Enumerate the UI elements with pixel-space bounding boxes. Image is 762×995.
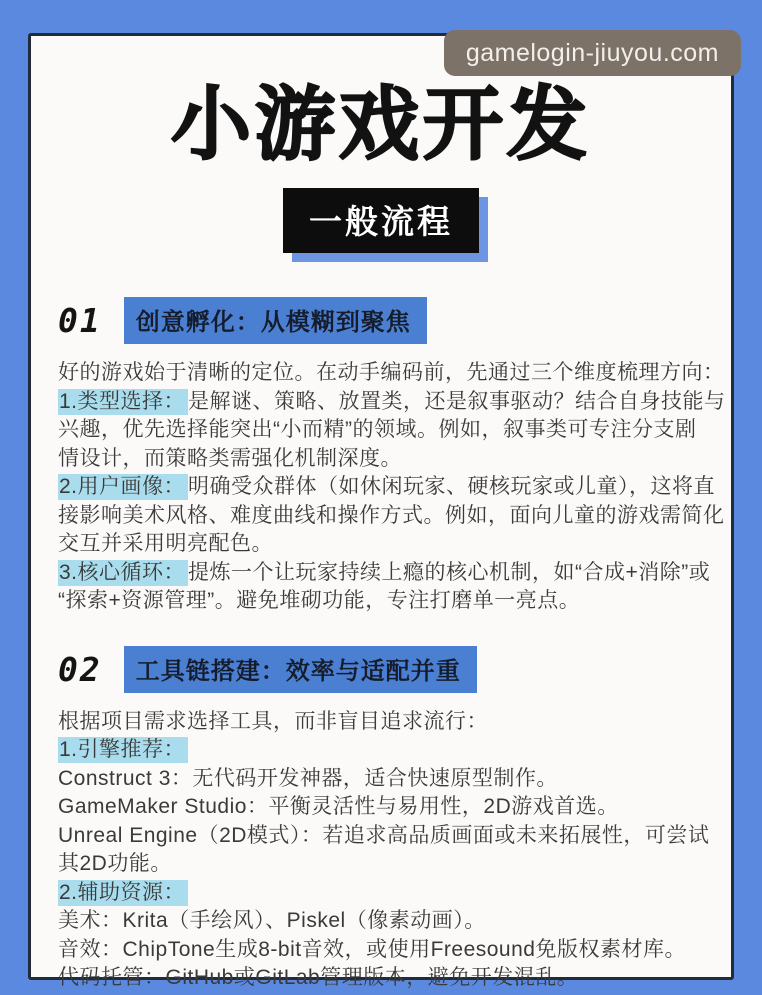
text-run: 接影响美术风格、难度曲线和操作方式。例如，面向儿童的游戏需简化 — [58, 504, 725, 527]
text-run: Construct 3：无代码开发神器，适合快速原型制作。 — [58, 767, 558, 790]
text-run: 其2D功能。 — [58, 852, 172, 875]
paragraph-line: 2.辅助资源： — [58, 879, 704, 908]
paragraph-line: 美术：Krita（手绘风）、Piskel（像素动画）。 — [58, 907, 704, 936]
text-run: 交互并采用明亮配色。 — [58, 532, 273, 555]
infographic-page: { "colors": { "page_background": "#5b89e… — [0, 0, 762, 995]
subtitle-badge: 一般流程 — [283, 188, 479, 253]
section-idea-incubation: 01 创意孵化：从模糊到聚焦 好的游戏始于清晰的定位。在动手编码前，先通过三个维… — [58, 297, 704, 616]
text-run: 美术：Krita（手绘风）、Piskel（像素动画）。 — [58, 909, 486, 932]
paragraph-line: 交互并采用明亮配色。 — [58, 530, 704, 559]
poster-card: 小游戏开发 一般流程 01 创意孵化：从模糊到聚焦 好的游戏始于清晰的定位。在动… — [28, 33, 734, 980]
paragraph-line: 1.引擎推荐： — [58, 736, 704, 765]
page-title: 小游戏开发 — [58, 82, 704, 168]
paragraph-line: 情设计，而策略类需强化机制深度。 — [58, 445, 704, 474]
paragraph-line: 其2D功能。 — [58, 850, 704, 879]
text-run: 是解谜、策略、放置类，还是叙事驱动？结合自身技能与 — [188, 390, 726, 413]
paragraph-line: “探索+资源管理”。避免堆砌功能，专注打磨单一亮点。 — [58, 587, 704, 616]
paragraph-line: Unreal Engine（2D模式）：若追求高品质画面或未来拓展性，可尝试 — [58, 822, 704, 851]
text-run: 根据项目需求选择工具，而非盲目追求流行： — [58, 710, 488, 733]
section-heading: 工具链搭建：效率与适配并重 — [124, 646, 477, 693]
highlighted-term: 1.引擎推荐： — [58, 737, 188, 763]
paragraph-line: 1.类型选择：是解谜、策略、放置类，还是叙事驱动？结合自身技能与 — [58, 388, 704, 417]
paragraph-line: 3.核心循环：提炼一个让玩家持续上瘾的核心机制，如“合成+消除”或 — [58, 559, 704, 588]
paragraph-line: 兴趣，优先选择能突出“小而精”的领域。例如，叙事类可专注分支剧 — [58, 416, 704, 445]
subtitle-wrap: 一般流程 — [58, 188, 704, 253]
highlighted-term: 2.辅助资源： — [58, 880, 188, 906]
text-run: 情设计，而策略类需强化机制深度。 — [58, 447, 402, 470]
highlighted-term: 1.类型选择： — [58, 389, 188, 415]
paragraph-line: GameMaker Studio：平衡灵活性与易用性，2D游戏首选。 — [58, 793, 704, 822]
section-body: 好的游戏始于清晰的定位。在动手编码前，先通过三个维度梳理方向：1.类型选择：是解… — [58, 359, 704, 616]
watermark-badge: gamelogin-jiuyou.com — [444, 30, 741, 76]
text-run: Unreal Engine（2D模式）：若追求高品质画面或未来拓展性，可尝试 — [58, 824, 709, 847]
text-run: “探索+资源管理”。避免堆砌功能，专注打磨单一亮点。 — [58, 589, 580, 612]
text-run: 好的游戏始于清晰的定位。在动手编码前，先通过三个维度梳理方向： — [58, 361, 725, 384]
text-run: 音效：ChipTone生成8-bit音效，或使用Freesound免版权素材库。 — [58, 938, 686, 961]
text-run: 代码托管：GitHub或GitLab管理版本，避免开发混乱。 — [58, 966, 578, 989]
text-run: 兴趣，优先选择能突出“小而精”的领域。例如，叙事类可专注分支剧 — [58, 418, 696, 441]
section-heading: 创意孵化：从模糊到聚焦 — [124, 297, 427, 344]
section-number: 01 — [58, 301, 102, 340]
paragraph-line: 音效：ChipTone生成8-bit音效，或使用Freesound免版权素材库。 — [58, 936, 704, 965]
section-toolchain: 02 工具链搭建：效率与适配并重 根据项目需求选择工具，而非盲目追求流行：1.引… — [58, 646, 704, 993]
section-header: 01 创意孵化：从模糊到聚焦 — [58, 297, 704, 344]
text-run: GameMaker Studio：平衡灵活性与易用性，2D游戏首选。 — [58, 795, 619, 818]
text-run: 明确受众群体（如休闲玩家、硬核玩家或儿童），这将直 — [188, 475, 715, 498]
highlighted-term: 2.用户画像： — [58, 474, 188, 500]
paragraph-line: 接影响美术风格、难度曲线和操作方式。例如，面向儿童的游戏需简化 — [58, 502, 704, 531]
paragraph-line: 根据项目需求选择工具，而非盲目追求流行： — [58, 708, 704, 737]
highlighted-term: 3.核心循环： — [58, 560, 188, 586]
paragraph-line: 2.用户画像：明确受众群体（如休闲玩家、硬核玩家或儿童），这将直 — [58, 473, 704, 502]
section-header: 02 工具链搭建：效率与适配并重 — [58, 646, 704, 693]
paragraph-line: 好的游戏始于清晰的定位。在动手编码前，先通过三个维度梳理方向： — [58, 359, 704, 388]
text-run: 提炼一个让玩家持续上瘾的核心机制，如“合成+消除”或 — [188, 561, 710, 584]
paragraph-line: 代码托管：GitHub或GitLab管理版本，避免开发混乱。 — [58, 964, 704, 993]
paragraph-line: Construct 3：无代码开发神器，适合快速原型制作。 — [58, 765, 704, 794]
section-body: 根据项目需求选择工具，而非盲目追求流行：1.引擎推荐：Construct 3：无… — [58, 708, 704, 993]
section-number: 02 — [58, 650, 102, 689]
